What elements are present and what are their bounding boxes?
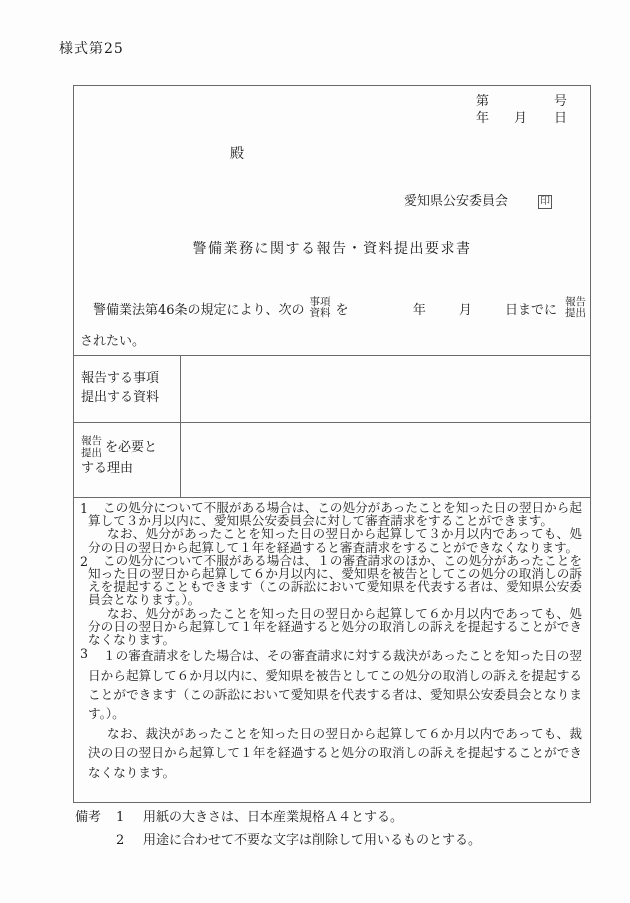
report-items-label-cell: 報告する事項 提出する資料 bbox=[74, 356, 181, 422]
note-1-number: 1 bbox=[80, 501, 88, 516]
stack2-top: 報告 bbox=[565, 296, 586, 308]
issuer-line: 愛知県公安委員会印 bbox=[404, 190, 552, 209]
reason-label-line2: する理由 bbox=[81, 461, 133, 476]
remark-line-2: 2 用途に合わせて不要な文字は削除して用いるものとする。 bbox=[75, 829, 481, 852]
reason-label-cell: 報告提出を必要と する理由 bbox=[74, 423, 181, 497]
reason-stack: 報告提出 bbox=[81, 436, 102, 459]
remark-2-text: 用途に合わせて不要な文字は削除して用いるものとする。 bbox=[143, 829, 481, 852]
remarks-block: 備考 1 用紙の大きさは、日本産業規格Ａ４とする。 2 用途に合わせて不要な文字… bbox=[75, 806, 481, 852]
reason-label-mid: を必要と bbox=[105, 438, 157, 457]
doc-date-line: 年月日 bbox=[476, 110, 567, 127]
note-1-paragraph-1: この処分について不服がある場合は、この処分があったことを知った日の翌日から起算し… bbox=[88, 501, 582, 527]
form-page: 様式第25 第号 年月日 殿 愛知県公安委員会印 警備業務に関する報告・資料提出… bbox=[0, 0, 630, 903]
report-submit-stack: 報告提出 bbox=[565, 297, 586, 320]
addressee-suffix: 殿 bbox=[230, 143, 244, 163]
note-2-paragraph-1: この処分について不服がある場合は、１の審査請求のほか、この処分があったことを知っ… bbox=[88, 554, 582, 607]
issuer-name: 愛知県公安委員会 bbox=[404, 194, 508, 209]
doc-number-line: 第号 bbox=[476, 93, 567, 110]
body-day-until: 日までに bbox=[505, 299, 557, 318]
note-3-paragraph-2: なお、裁決があったことを知った日の翌日から起算して６か月以内であっても、裁決の日… bbox=[88, 724, 582, 782]
note-1-paragraph-2: なお、処分があったことを知った日の翌日から起算して３か月以内であっても、処分の日… bbox=[88, 527, 582, 553]
body-line-2: されたい。 bbox=[80, 330, 586, 349]
note-2-number: 2 bbox=[80, 554, 88, 569]
row1-label-line2: 提出する資料 bbox=[81, 390, 159, 405]
doc-no-suffix: 号 bbox=[554, 94, 567, 109]
table-row-reason: 報告提出を必要と する理由 bbox=[74, 422, 590, 497]
row1-label-line1: 報告する事項 bbox=[81, 371, 159, 386]
date-year-label: 年 bbox=[476, 111, 489, 126]
remarks-label-spacer bbox=[75, 829, 116, 852]
remark-1-number: 1 bbox=[116, 806, 143, 829]
note-item-1: 1 この処分について不服がある場合は、この処分があったことを知った日の翌日から起… bbox=[80, 501, 582, 554]
remark-2-number: 2 bbox=[116, 829, 143, 852]
document-title: 警備業務に関する報告・資料提出要求書 bbox=[74, 238, 590, 258]
stack1-bottom: 資料 bbox=[310, 307, 331, 319]
reason-stack-top: 報告 bbox=[81, 435, 102, 447]
body-pre-text: 警備業法第46条の規定により、次の bbox=[80, 299, 305, 318]
doc-number-date-block: 第号 年月日 bbox=[476, 93, 567, 127]
body-line-1: 警備業法第46条の規定により、次の事項資料を年月日までに報告提出 bbox=[80, 292, 586, 324]
date-month-label: 月 bbox=[514, 111, 527, 126]
particle-wo: を bbox=[336, 299, 349, 318]
note-item-2: 2 この処分について不服がある場合は、１の審査請求のほか、この処分があったことを… bbox=[80, 554, 582, 646]
note-3-number: 3 bbox=[80, 646, 88, 661]
remark-line-1: 備考 1 用紙の大きさは、日本産業規格Ａ４とする。 bbox=[75, 806, 481, 829]
reason-stack-bottom: 提出 bbox=[81, 447, 102, 459]
body-month-label: 月 bbox=[459, 299, 472, 318]
note-item-3: 3 １の審査請求をした場合は、その審査請求に対する裁決があったことを知った日の翌… bbox=[80, 646, 582, 782]
reason-label-line1: 報告提出を必要と bbox=[81, 436, 180, 459]
form-number-label: 様式第25 bbox=[59, 38, 124, 58]
appeal-notes-section: 1 この処分について不服がある場合は、この処分があったことを知った日の翌日から起… bbox=[74, 497, 590, 802]
items-materials-stack: 事項資料 bbox=[310, 297, 331, 320]
remark-1-text: 用紙の大きさは、日本産業規格Ａ４とする。 bbox=[143, 806, 403, 829]
stack2-bottom: 提出 bbox=[565, 307, 586, 319]
table-row-report-items: 報告する事項 提出する資料 bbox=[74, 355, 590, 422]
stack1-top: 事項 bbox=[310, 296, 331, 308]
reason-value-cell bbox=[181, 423, 590, 497]
note-2-paragraph-2: なお、処分があったことを知った日の翌日から起算して６か月以内であっても、処分の日… bbox=[88, 607, 582, 647]
form-border-box: 第号 年月日 殿 愛知県公安委員会印 警備業務に関する報告・資料提出要求書 警備… bbox=[73, 85, 591, 803]
date-day-label: 日 bbox=[554, 111, 567, 126]
doc-no-prefix: 第 bbox=[476, 94, 489, 109]
note-3-paragraph-1: １の審査請求をした場合は、その審査請求に対する裁決があったことを知った日の翌日か… bbox=[88, 646, 582, 724]
report-items-value-cell bbox=[181, 356, 590, 422]
body-paragraph: 警備業法第46条の規定により、次の事項資料を年月日までに報告提出 されたい。 bbox=[80, 292, 586, 349]
seal-mark-icon: 印 bbox=[538, 195, 552, 209]
body-year-label: 年 bbox=[413, 299, 426, 318]
remarks-label: 備考 bbox=[75, 806, 116, 829]
